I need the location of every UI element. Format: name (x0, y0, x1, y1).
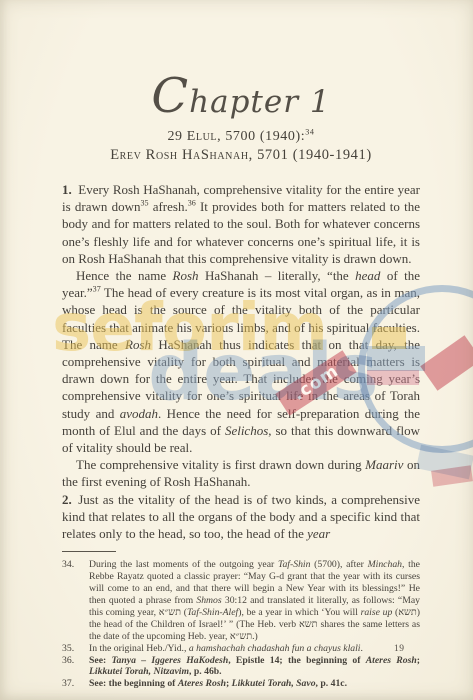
footnote-text: See: Tanya – Iggeres HaKodesh, Epistle 1… (89, 655, 420, 679)
footnote: 36. See: Tanya – Iggeres HaKodesh, Epist… (62, 655, 420, 679)
footnote: 37. See: the beginning of Ateres Rosh; L… (62, 678, 420, 690)
body-paragraph: Hence the name Rosh HaShanah – literally… (62, 267, 420, 456)
body-paragraph: The comprehensive vitality is first draw… (62, 456, 420, 490)
footnote-text: See: the beginning of Ateres Rosh; Likku… (89, 678, 420, 690)
footnote-number: 34. (62, 559, 89, 642)
page-number: 19 (394, 644, 405, 654)
chapter-title: Chapter 1 (62, 68, 420, 124)
page-content: Chapter 1 29 Elul, 5700 (1940):34 Erev R… (62, 0, 420, 690)
footnote-text: In the original Heb./Yid., a hamshachah … (89, 643, 420, 655)
footnotes: 34. During the last moments of the outgo… (62, 559, 420, 690)
footnote-number: 36. (62, 655, 89, 679)
footnote: 35. In the original Heb./Yid., a hamshac… (62, 643, 420, 655)
body-paragraph: 1. Every Rosh HaShanah, comprehensive vi… (62, 181, 420, 267)
footnote-divider (62, 551, 116, 552)
body-text: 1. Every Rosh HaShanah, comprehensive vi… (62, 181, 420, 542)
footnote-number: 35. (62, 643, 89, 655)
footnote-text: During the last moments of the outgoing … (89, 559, 420, 642)
footnote: 34. During the last moments of the outgo… (62, 559, 420, 642)
scanned-book-page: { "page": { "title": "Chapter 1", "date_… (0, 0, 473, 700)
body-paragraph: 2. Just as the vitality of the head is o… (62, 491, 420, 543)
footnote-number: 37. (62, 678, 89, 690)
chapter-date-line: 29 Elul, 5700 (1940):34 (62, 129, 420, 145)
chapter-subtitle: Erev Rosh HaShanah, 5701 (1940-1941) (62, 147, 420, 164)
